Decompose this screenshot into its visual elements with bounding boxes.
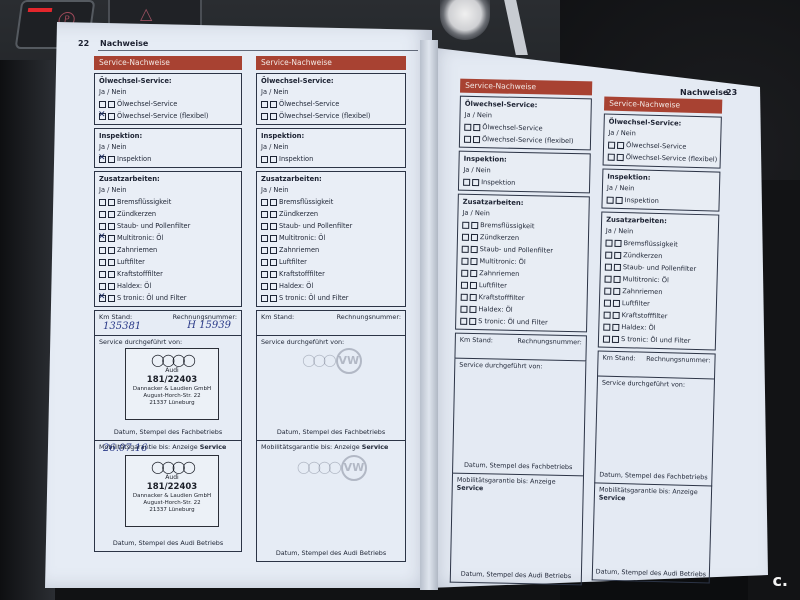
checkbox-nein[interactable] xyxy=(108,247,115,254)
checkbox-label: Haldex: Öl xyxy=(621,323,655,332)
extra-work-group: Zusatzarbeiten:Ja / NeinBremsflüssigkeit… xyxy=(94,171,242,307)
stamp-street: August-Horch-Str. 22 xyxy=(126,393,218,400)
service-stamp-caption: Datum, Stempel des Fachbetriebs xyxy=(595,470,711,481)
checkbox-label: S tronic: Öl und Filter xyxy=(117,294,187,302)
stamp-brand: Audi xyxy=(126,367,218,375)
audi-rings-icon: ◯◯◯◯ xyxy=(126,460,218,474)
inspection-group: Inspektion:Ja / NeinInspektion xyxy=(458,151,591,194)
checkbox-ja[interactable] xyxy=(99,283,106,290)
checkbox-ja[interactable] xyxy=(462,233,469,240)
checkbox-nein[interactable] xyxy=(108,259,115,266)
service-performed-section: Service durchgeführt von:Datum, Stempel … xyxy=(452,359,586,477)
oil-service-group-title: Ölwechsel-Service: xyxy=(99,76,237,86)
inspection-group: Inspektion:Ja / NeinInspektion xyxy=(94,128,242,168)
checkbox-nein[interactable] xyxy=(614,251,621,258)
checkbox-row: Kraftstofffilter xyxy=(261,268,401,280)
service-by-label: Service durchgeführt von: xyxy=(99,338,237,346)
section-header: Service-Nachweise xyxy=(94,56,242,70)
checkbox-label: S tronic: Öl und Filter xyxy=(279,294,349,302)
checkbox-row: Kraftstofffilter xyxy=(99,268,237,280)
checkbox-label: S tronic: Öl und Filter xyxy=(621,335,691,345)
km-invoice-box: Km Stand:Rechnungsnummer: xyxy=(256,310,406,336)
checkbox-row: Inspektion xyxy=(261,153,401,165)
checkbox-ja[interactable] xyxy=(261,113,268,120)
checkbox-label: Bremsflüssigkeit xyxy=(480,221,534,230)
yes-no-label: Ja / Nein xyxy=(99,141,237,153)
checkbox-label: Multitronic: Öl xyxy=(479,257,525,266)
checkbox-row: Multitronic: Öl xyxy=(99,232,237,244)
checkbox-label: Ölwechsel-Service (flexibel) xyxy=(279,112,371,120)
checkbox-row: Staub- und Pollenfilter xyxy=(99,220,237,232)
checkbox-nein[interactable] xyxy=(472,178,479,185)
stamp-company: Dannacker & Laudien GmbH xyxy=(126,386,218,393)
checkbox-label: Ölwechsel-Service (flexibel) xyxy=(482,135,574,145)
oil-service-group: Ölwechsel-Service:Ja / NeinÖlwechsel-Ser… xyxy=(459,96,592,151)
extra-work-group: Zusatzarbeiten:Ja / NeinBremsflüssigkeit… xyxy=(256,171,406,307)
checkbox-ja[interactable] xyxy=(99,259,106,266)
checkbox-label: Zündkerzen xyxy=(117,210,156,218)
checkbox-nein[interactable] xyxy=(270,259,277,266)
checkbox-nein[interactable] xyxy=(613,299,620,306)
mobility-label: Mobilitätsgarantie bis: Anzeige Service xyxy=(599,486,707,505)
checkbox-row: Haldex: Öl xyxy=(99,280,237,292)
checkbox-label: Zahnriemen xyxy=(479,269,519,278)
invoice-label: Rechnungsnummer: xyxy=(337,313,401,321)
oil-service-group-title: Ölwechsel-Service: xyxy=(261,76,401,86)
checkbox-nein[interactable] xyxy=(108,113,115,120)
checkbox-nein[interactable] xyxy=(471,233,478,240)
audi-rings-icon: ◯◯◯◯ xyxy=(126,353,218,367)
checkbox-ja[interactable] xyxy=(604,299,611,306)
extra-work-group-title: Zusatzarbeiten: xyxy=(261,174,401,184)
checkbox-row: Zündkerzen xyxy=(261,208,401,220)
checkbox-row: S tronic: Öl und Filter xyxy=(99,292,237,304)
checkbox-nein[interactable] xyxy=(613,311,620,318)
checkbox-label: Luftfilter xyxy=(279,258,307,266)
checkbox-label: Staub- und Pollenfilter xyxy=(279,222,352,230)
stamp-brand: Audi xyxy=(126,474,218,482)
checkbox-ja[interactable] xyxy=(603,335,610,342)
checkbox-label: Haldex: Öl xyxy=(279,282,313,290)
checkbox-nein[interactable] xyxy=(108,211,115,218)
audi-stamp-caption: Datum, Stempel des Audi Betriebs xyxy=(95,539,241,547)
checkbox-nein[interactable] xyxy=(470,293,477,300)
mobility-label-bold: Service xyxy=(200,443,227,451)
checkbox-nein[interactable] xyxy=(108,295,115,302)
checkbox-nein[interactable] xyxy=(612,335,619,342)
mobility-guarantee-section: Mobilitätsgarantie bis: Anzeige ServiceD… xyxy=(256,441,406,562)
checkbox-row: Staub- und Pollenfilter xyxy=(261,220,401,232)
mobility-label-bold: Service xyxy=(599,494,626,503)
checkbox-ja[interactable] xyxy=(261,247,268,254)
checkbox-label: Zahnriemen xyxy=(117,246,157,254)
checkbox-row: Ölwechsel-Service (flexibel) xyxy=(261,110,401,122)
checkbox-nein[interactable] xyxy=(108,271,115,278)
faded-stamp-imprint: ◯◯◯ VW xyxy=(287,348,377,374)
checkbox-row: S tronic: Öl und Filter xyxy=(460,315,582,330)
service-stamp-caption: Datum, Stempel des Fachbetriebs xyxy=(95,428,241,436)
inspection-group: Inspektion:Ja / NeinInspektion xyxy=(601,169,720,212)
km-label: Km Stand: xyxy=(99,313,132,321)
checkbox-nein[interactable] xyxy=(270,271,277,278)
checkbox-ja[interactable] xyxy=(99,101,106,108)
checkbox-ja[interactable] xyxy=(461,293,468,300)
checkbox-nein[interactable] xyxy=(469,317,476,324)
checkbox-label: Multitronic: Öl xyxy=(622,275,668,284)
checkbox-row: Luftfilter xyxy=(99,256,237,268)
checkbox-ja[interactable] xyxy=(464,123,471,130)
mobility-label-text: Mobilitätsgarantie bis: Anzeige xyxy=(99,443,198,451)
checkbox-row: S tronic: Öl und Filter xyxy=(261,292,401,304)
inspection-group-title: Inspektion: xyxy=(261,131,401,141)
oil-service-group: Ölwechsel-Service:Ja / NeinÖlwechsel-Ser… xyxy=(94,73,242,125)
service-record-3: Service-NachweiseÖlwechsel-Service:Ja / … xyxy=(450,79,593,586)
checkbox-nein[interactable] xyxy=(473,135,480,142)
checkbox-ja[interactable] xyxy=(99,211,106,218)
extra-work-group: Zusatzarbeiten:Ja / NeinBremsflüssigkeit… xyxy=(455,194,590,333)
checkbox-nein[interactable] xyxy=(270,295,277,302)
invoice-label: Rechnungsnummer: xyxy=(646,355,711,365)
stamp-street: August-Horch-Str. 22 xyxy=(126,500,218,507)
checkbox-row: Haldex: Öl xyxy=(261,280,401,292)
checkbox-nein[interactable] xyxy=(270,247,277,254)
mobility-label-text: Mobilitätsgarantie bis: Anzeige xyxy=(261,443,360,451)
checkbox-nein[interactable] xyxy=(270,101,277,108)
checkbox-label: Ölwechsel-Service (flexibel) xyxy=(117,112,209,120)
checkbox-ja[interactable] xyxy=(461,257,468,264)
checkbox-label: Ölwechsel-Service xyxy=(117,100,177,108)
checkbox-row: Ölwechsel-Service xyxy=(99,98,237,110)
checkbox-ja[interactable] xyxy=(464,135,471,142)
service-record-2: Service-NachweiseÖlwechsel-Service:Ja / … xyxy=(256,56,406,562)
checkbox-nein[interactable] xyxy=(108,283,115,290)
audi-stamp-caption: Datum, Stempel des Audi Betriebs xyxy=(451,570,581,581)
checkbox-row: Ölwechsel-Service xyxy=(261,98,401,110)
checkbox-nein[interactable] xyxy=(270,211,277,218)
inspection-group: Inspektion:Ja / NeinInspektion xyxy=(256,128,406,168)
checkbox-row: Luftfilter xyxy=(261,256,401,268)
checkbox-ja[interactable] xyxy=(607,196,614,203)
checkbox-label: Ölwechsel-Service xyxy=(626,141,687,151)
checkbox-nein[interactable] xyxy=(612,323,619,330)
checkbox-ja[interactable] xyxy=(261,235,268,242)
service-stamp-caption: Datum, Stempel des Fachbetriebs xyxy=(257,428,405,436)
service-booklet: 22 Nachweise Nachweise 23 Service-Nachwe… xyxy=(0,0,800,600)
checkbox-label: Haldex: Öl xyxy=(117,282,151,290)
checkbox-ja[interactable] xyxy=(605,239,612,246)
oil-service-group: Ölwechsel-Service:Ja / NeinÖlwechsel-Ser… xyxy=(603,114,722,169)
yes-no-label: Ja / Nein xyxy=(99,184,237,196)
page-title-right: Nachweise xyxy=(680,88,728,97)
checkbox-row: Zündkerzen xyxy=(99,208,237,220)
checkbox-nein[interactable] xyxy=(473,123,480,130)
checkbox-ja[interactable] xyxy=(261,271,268,278)
checkbox-nein[interactable] xyxy=(613,287,620,294)
checkbox-nein[interactable] xyxy=(270,156,277,163)
checkbox-row: Ölwechsel-Service (flexibel) xyxy=(99,110,237,122)
checkbox-row: Zahnriemen xyxy=(99,244,237,256)
page-number-left: 22 xyxy=(78,39,89,48)
checkbox-label: S tronic: Öl und Filter xyxy=(478,317,548,326)
checkbox-nein[interactable] xyxy=(469,305,476,312)
checkbox-ja[interactable] xyxy=(604,311,611,318)
mobility-label-bold: Service xyxy=(362,443,389,451)
checkbox-nein[interactable] xyxy=(108,223,115,230)
checkbox-nein[interactable] xyxy=(108,156,115,163)
page-title-left: Nachweise xyxy=(100,39,148,48)
checkbox-row: Ölwechsel-Service (flexibel) xyxy=(608,151,716,166)
watermark-logo: c. xyxy=(772,571,788,590)
checkbox-ja[interactable] xyxy=(608,141,615,148)
extra-work-group-title: Zusatzarbeiten: xyxy=(99,174,237,184)
section-header: Service-Nachweise xyxy=(460,79,592,96)
checkbox-nein[interactable] xyxy=(470,281,477,288)
checkbox-nein[interactable] xyxy=(270,235,277,242)
yes-no-label: Ja / Nein xyxy=(261,184,401,196)
checkbox-label: Zahnriemen xyxy=(622,287,662,296)
checkbox-label: Staub- und Pollenfilter xyxy=(623,263,696,273)
header-rule-left xyxy=(98,50,418,51)
checkbox-label: Ölwechsel-Service (flexibel) xyxy=(626,153,718,163)
service-record-1: Service-NachweiseÖlwechsel-Service:Ja / … xyxy=(94,56,242,552)
checkbox-label: Inspektion xyxy=(279,155,313,163)
invoice-value[interactable]: H 15939 xyxy=(187,320,231,332)
mobility-guarantee-section: Mobilitätsgarantie bis: Anzeige ServiceD… xyxy=(94,441,242,552)
checkbox-label: Zündkerzen xyxy=(279,210,318,218)
checkbox-ja[interactable] xyxy=(99,295,106,302)
checkbox-ja[interactable] xyxy=(261,156,268,163)
checkbox-nein[interactable] xyxy=(270,223,277,230)
checkbox-label: Multitronic: Öl xyxy=(117,234,163,242)
mobility-label: Mobilitätsgarantie bis: Anzeige Service xyxy=(261,443,401,451)
stamp-number: 181/22403 xyxy=(126,482,218,493)
checkbox-label: Inspektion xyxy=(117,155,151,163)
checkbox-label: Zahnriemen xyxy=(279,246,319,254)
checkbox-nein[interactable] xyxy=(470,257,477,264)
stamp-city: 21337 Lüneburg xyxy=(126,507,218,514)
stamp-city: 21337 Lüneburg xyxy=(126,400,218,407)
checkbox-label: Kraftstofffilter xyxy=(279,270,325,278)
checkbox-ja[interactable] xyxy=(99,271,106,278)
audi-stamp-caption: Datum, Stempel des Audi Betriebs xyxy=(593,567,709,578)
checkbox-ja[interactable] xyxy=(461,269,468,276)
yes-no-label: Ja / Nein xyxy=(99,86,237,98)
checkbox-ja[interactable] xyxy=(261,295,268,302)
checkbox-ja[interactable] xyxy=(463,178,470,185)
checkbox-ja[interactable] xyxy=(99,199,106,206)
checkbox-row: Inspektion xyxy=(463,176,585,191)
checkbox-label: Ölwechsel-Service xyxy=(279,100,339,108)
km-label: Km Stand: xyxy=(602,354,635,363)
checkbox-nein[interactable] xyxy=(613,275,620,282)
checkbox-ja[interactable] xyxy=(460,317,467,324)
checkbox-label: Staub- und Pollenfilter xyxy=(480,245,553,255)
invoice-label: Rechnungsnummer: xyxy=(517,337,581,346)
checkbox-label: Haldex: Öl xyxy=(478,305,512,314)
section-header: Service-Nachweise xyxy=(604,97,722,114)
checkbox-row: Inspektion xyxy=(99,153,237,165)
km-invoice-box: Km Stand:Rechnungsnummer: xyxy=(454,333,587,362)
checkbox-ja[interactable] xyxy=(461,281,468,288)
checkbox-label: Kraftstofffilter xyxy=(117,270,163,278)
section-header: Service-Nachweise xyxy=(256,56,406,70)
service-by-label: Service durchgeführt von: xyxy=(261,338,401,346)
stamp-company: Dannacker & Laudien GmbH xyxy=(126,493,218,500)
faded-stamp-imprint: ◯◯◯◯ VW xyxy=(287,455,377,481)
checkbox-label: Luftfilter xyxy=(622,299,650,308)
service-performed-section: Service durchgeführt von:Datum, Stempel … xyxy=(94,336,242,441)
checkbox-label: Inspektion xyxy=(481,178,515,187)
checkbox-ja[interactable] xyxy=(99,235,106,242)
checkbox-label: Multitronic: Öl xyxy=(279,234,325,242)
checkbox-row: Ölwechsel-Service (flexibel) xyxy=(464,133,586,148)
checkbox-nein[interactable] xyxy=(108,199,115,206)
checkbox-ja[interactable] xyxy=(605,263,612,270)
dealer-stamp: ◯◯◯◯Audi181/22403Dannacker & Laudien Gmb… xyxy=(125,455,219,527)
checkbox-ja[interactable] xyxy=(604,287,611,294)
checkbox-ja[interactable] xyxy=(99,156,106,163)
checkbox-nein[interactable] xyxy=(470,269,477,276)
checkbox-nein[interactable] xyxy=(270,283,277,290)
checkbox-ja[interactable] xyxy=(261,223,268,230)
checkbox-nein[interactable] xyxy=(108,101,115,108)
mobility-guarantee-section: Mobilitätsgarantie bis: Anzeige ServiceD… xyxy=(450,474,584,586)
checkbox-ja[interactable] xyxy=(261,259,268,266)
km-value[interactable]: 135381 xyxy=(103,321,141,333)
checkbox-nein[interactable] xyxy=(616,196,623,203)
checkbox-label: Bremsflüssigkeit xyxy=(623,239,677,248)
checkbox-nein[interactable] xyxy=(270,199,277,206)
checkbox-row: Bremsflüssigkeit xyxy=(261,196,401,208)
checkbox-row: Inspektion xyxy=(607,194,715,209)
service-by-label: Service durchgeführt von: xyxy=(459,361,581,372)
km-label: Km Stand: xyxy=(261,313,294,321)
checkbox-nein[interactable] xyxy=(614,239,621,246)
km-label: Km Stand: xyxy=(460,336,493,345)
checkbox-label: Zündkerzen xyxy=(480,233,519,242)
checkbox-ja[interactable] xyxy=(462,221,469,228)
checkbox-row: Multitronic: Öl xyxy=(261,232,401,244)
checkbox-label: Kraftstofffilter xyxy=(479,293,525,302)
service-by-label: Service durchgeführt von: xyxy=(602,379,710,390)
checkbox-row: S tronic: Öl und Filter xyxy=(603,333,711,348)
checkbox-label: Luftfilter xyxy=(117,258,145,266)
checkbox-nein[interactable] xyxy=(270,113,277,120)
checkbox-nein[interactable] xyxy=(614,263,621,270)
checkbox-ja[interactable] xyxy=(462,245,469,252)
dealer-stamp: ◯◯◯◯Audi181/22403Dannacker & Laudien Gmb… xyxy=(125,348,219,420)
checkbox-ja[interactable] xyxy=(605,251,612,258)
mobility-guarantee-section: Mobilitätsgarantie bis: Anzeige ServiceD… xyxy=(592,483,712,583)
checkbox-ja[interactable] xyxy=(99,113,106,120)
mobility-label: Mobilitätsgarantie bis: Anzeige Service xyxy=(457,476,579,495)
checkbox-ja[interactable] xyxy=(460,305,467,312)
mobility-label-bold: Service xyxy=(457,484,484,493)
checkbox-ja[interactable] xyxy=(261,283,268,290)
checkbox-ja[interactable] xyxy=(99,223,106,230)
service-performed-section: Service durchgeführt von:Datum, Stempel … xyxy=(594,376,715,486)
checkbox-nein[interactable] xyxy=(617,141,624,148)
checkbox-ja[interactable] xyxy=(603,323,610,330)
checkbox-nein[interactable] xyxy=(471,221,478,228)
service-performed-section: Service durchgeführt von:Datum, Stempel … xyxy=(256,336,406,441)
checkbox-row: Zahnriemen xyxy=(261,244,401,256)
checkbox-nein[interactable] xyxy=(471,245,478,252)
stamp-number: 181/22403 xyxy=(126,375,218,386)
inspection-group-title: Inspektion: xyxy=(99,131,237,141)
audi-stamp-caption: Datum, Stempel des Audi Betriebs xyxy=(257,549,405,557)
km-invoice-box: Km Stand:Rechnungsnummer:135381H 15939 xyxy=(94,310,242,336)
km-invoice-box: Km Stand:Rechnungsnummer: xyxy=(597,350,716,379)
checkbox-nein[interactable] xyxy=(617,153,624,160)
checkbox-ja[interactable] xyxy=(604,275,611,282)
checkbox-label: Staub- und Pollenfilter xyxy=(117,222,190,230)
page-number-right: 23 xyxy=(726,88,737,97)
checkbox-label: Zündkerzen xyxy=(623,251,662,260)
checkbox-label: Bremsflüssigkeit xyxy=(279,198,333,206)
checkbox-label: Kraftstofffilter xyxy=(622,311,668,320)
mobility-label: Mobilitätsgarantie bis: Anzeige Service xyxy=(99,443,237,451)
checkbox-label: Ölwechsel-Service xyxy=(482,123,543,132)
checkbox-ja[interactable] xyxy=(261,199,268,206)
checkbox-label: Inspektion xyxy=(625,196,659,205)
yes-no-label: Ja / Nein xyxy=(261,86,401,98)
checkbox-ja[interactable] xyxy=(608,153,615,160)
checkbox-nein[interactable] xyxy=(108,235,115,242)
checkbox-ja[interactable] xyxy=(261,101,268,108)
service-record-4: Service-NachweiseÖlwechsel-Service:Ja / … xyxy=(592,97,723,584)
extra-work-group: Zusatzarbeiten:Ja / NeinBremsflüssigkeit… xyxy=(598,211,720,350)
checkbox-ja[interactable] xyxy=(261,211,268,218)
yes-no-label: Ja / Nein xyxy=(261,141,401,153)
checkbox-label: Luftfilter xyxy=(479,281,507,290)
checkbox-row: Bremsflüssigkeit xyxy=(99,196,237,208)
service-stamp-caption: Datum, Stempel des Fachbetriebs xyxy=(453,461,583,472)
checkbox-ja[interactable] xyxy=(99,247,106,254)
booklet-gutter xyxy=(420,40,438,590)
checkbox-label: Bremsflüssigkeit xyxy=(117,198,171,206)
oil-service-group: Ölwechsel-Service:Ja / NeinÖlwechsel-Ser… xyxy=(256,73,406,125)
